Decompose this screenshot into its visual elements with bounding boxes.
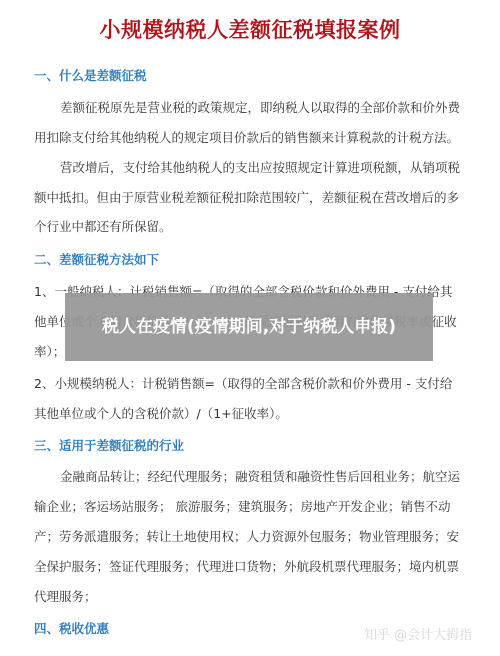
paragraph-line: 差额征税原先是营业税的政策规定，即纳税人以取得的全部价款和价外费	[60, 98, 480, 116]
paragraph-line: 代理服务；	[34, 587, 454, 605]
section-heading-1: 一、什么是差额征税	[34, 66, 147, 84]
section-heading-4: 四、税收优惠	[34, 619, 109, 637]
caption-text: 税人在疫情(疫情期间,对于纳税人申报)	[77, 314, 422, 340]
caption-overlay: 税人在疫情(疫情期间,对于纳税人申报)	[65, 293, 433, 361]
paragraph-line: 全保护服务；签证代理服务；代理进口货物；外航段机票代理服务；境内机票	[34, 557, 454, 575]
paragraph-line: 额中抵扣。但由于原营业税差额征税扣除范围较广，差额征税在营改增后的多	[34, 188, 454, 206]
paragraph-line: 用扣除支付给其他纳税人的规定项目价款后的销售额来计算税款的计税方法。	[34, 128, 454, 146]
paragraph-line: 金融商品转让；经纪代理服务；融资租赁和融资性售后回租业务；航空运	[60, 467, 480, 485]
paragraph-line: 个行业中都还有所保留。	[34, 217, 454, 235]
watermark: 知乎 @会计大拇指	[364, 624, 472, 643]
paragraph-line: 2、小规模纳税人：计税销售额=（取得的全部含税价款和价外费用 - 支付给	[34, 374, 454, 392]
section-heading-3: 三、适用于差额征税的行业	[34, 436, 184, 454]
paragraph-line: 输企业；客运场站服务； 旅游服务；建筑服务；房地产开发企业；销售不动	[34, 497, 454, 515]
paragraph-line: 其他单位或个人的含税价款）/（1+征收率）。	[34, 404, 454, 422]
paragraph-line: 营改增后，支付给其他纳税人的支出应按照规定计算进项税额，从销项税	[60, 158, 480, 176]
document-page: 小规模纳税人差额征税填报案例 一、什么是差额征税 差额征税原先是营业税的政策规定…	[0, 0, 500, 656]
paragraph-line: 产；劳务派遣服务；转让土地使用权；人力资源外包服务；物业管理服务；安	[34, 527, 454, 545]
document-title: 小规模纳税人差额征税填报案例	[0, 14, 500, 44]
section-heading-2: 二、差额征税方法如下	[34, 250, 159, 268]
